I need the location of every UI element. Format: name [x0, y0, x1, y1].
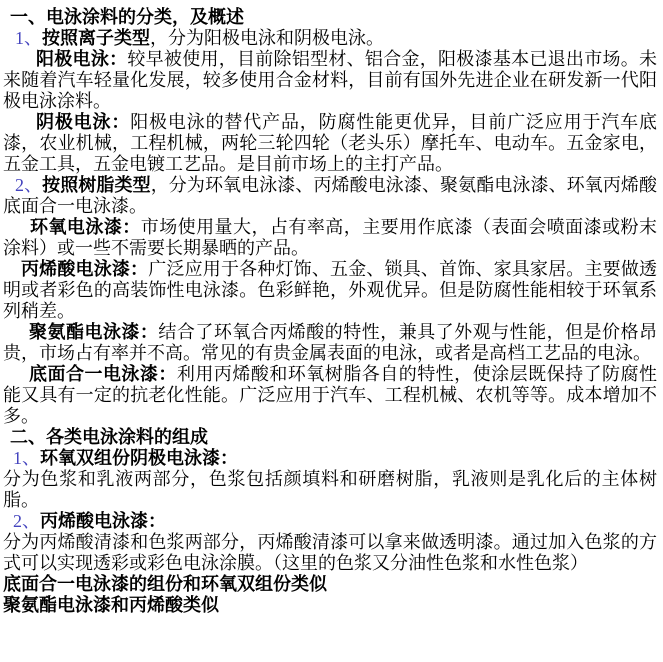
list-number: 1、 — [13, 448, 40, 468]
document-page: 一、电泳涂料的分类，及概述1、按照离子类型，分为阳极电泳和阴极电泳。阳极电泳：较… — [0, 0, 663, 662]
list-number: 2、 — [15, 175, 42, 195]
bold-text-run: 一、电泳涂料的分类，及概述 — [10, 7, 244, 27]
bold-text-run: 丙烯酸电泳漆： — [40, 511, 166, 531]
text-run: 分为丙烯酸清漆和色浆两部分，丙烯酸清漆可以拿来做透明漆。通过加入色浆的方式可以实… — [3, 532, 657, 573]
item-ion-type: 1、按照离子类型，分为阳极电泳和阴极电泳。 — [3, 28, 657, 49]
bold-text-run: 聚氨酯电泳漆： — [29, 322, 158, 342]
note-primer-topcoat-similar: 底面合一电泳漆的组份和环氧双组份类似 — [3, 574, 657, 595]
para-primer-topcoat-ed: 底面合一电泳漆：利用丙烯酸和环氧树脂各自的特性，使涂层既保持了防腐性能又具有一定… — [3, 364, 657, 427]
bold-text-run: 按照树脂类型 — [42, 175, 151, 195]
bold-text-run: 按照离子类型 — [42, 28, 150, 48]
bold-text-run: 阳极电泳： — [36, 49, 127, 69]
heading-section-2: 二、各类电泳涂料的组成 — [3, 427, 657, 448]
note-polyurethane-similar: 聚氨酯电泳漆和丙烯酸类似 — [3, 595, 657, 616]
bold-text-run: 阴极电泳： — [36, 112, 130, 132]
bold-text-run: 底面合一电泳漆： — [29, 364, 177, 384]
heading-section-1: 一、电泳涂料的分类，及概述 — [3, 7, 657, 28]
list-number: 1、 — [15, 28, 42, 48]
para-epoxy-ed: 环氧电泳漆：市场使用量大，占有率高，主要用作底漆（表面会喷面漆或粉末涂料）或一些… — [3, 217, 657, 259]
para-acrylic-composition: 分为丙烯酸清漆和色浆两部分，丙烯酸清漆可以拿来做透明漆。通过加入色浆的方式可以实… — [3, 532, 657, 574]
bold-text-run: 底面合一电泳漆的组份和环氧双组份类似 — [3, 574, 327, 594]
para-acrylic-ed: 丙烯酸电泳漆：广泛应用于各种灯饰、五金、锁具、首饰、家具家居。主要做透明或者彩色… — [3, 259, 657, 322]
bold-text-run: 丙烯酸电泳漆： — [21, 259, 148, 279]
bold-text-run: 聚氨酯电泳漆和丙烯酸类似 — [3, 595, 219, 615]
para-anode-ed: 阳极电泳：较早被使用，目前除铝型材、铝合金，阳极漆基本已退出市场。未来随着汽车轻… — [3, 49, 657, 112]
para-polyurethane-ed: 聚氨酯电泳漆：结合了环氧合丙烯酸的特性，兼具了外观与性能，但是价格昂贵，市场占有… — [3, 322, 657, 364]
text-run: ，分为阳极电泳和阴极电泳。 — [150, 28, 384, 48]
list-number: 2、 — [13, 511, 40, 531]
item-epoxy-two-component: 1、环氧双组份阴极电泳漆： — [3, 448, 657, 469]
item-resin-type: 2、按照树脂类型，分为环氧电泳漆、丙烯酸电泳漆、聚氨酯电泳漆、环氧丙烯酸底面合一… — [3, 175, 657, 217]
para-epoxy-composition: 分为色浆和乳液两部分，色浆包括颜填料和研磨树脂，乳液则是乳化后的主体树脂。 — [3, 469, 657, 511]
bold-text-run: 二、各类电泳涂料的组成 — [10, 427, 208, 447]
bold-text-run: 环氧电泳漆： — [30, 217, 141, 237]
text-run: 分为色浆和乳液两部分，色浆包括颜填料和研磨树脂，乳液则是乳化后的主体树脂。 — [3, 469, 657, 510]
para-cathode-ed: 阴极电泳：阳极电泳的替代产品，防腐性能更优异，目前广泛应用于汽车底漆，农业机械，… — [3, 112, 657, 175]
item-acrylic-composition: 2、丙烯酸电泳漆： — [3, 511, 657, 532]
bold-text-run: 环氧双组份阴极电泳漆： — [40, 448, 238, 468]
